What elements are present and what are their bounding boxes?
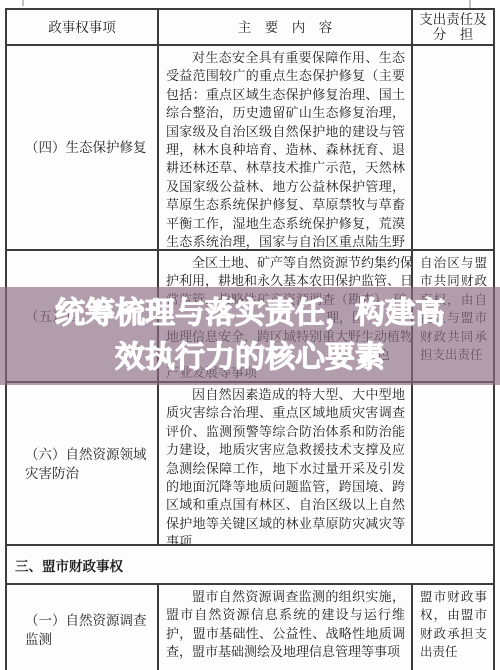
scanned-document-page: 政事权事项 主 要 内 容 支出责任及 分 担 （四）生态保护修复 对生态安全具… <box>0 0 500 670</box>
table-row-survey-monitoring: （一）自然资源调查监测 盟市自然资源调查监测的组织实施，盟市自然资源信息系统的建… <box>7 583 493 670</box>
table-header-row: 政事权事项 主 要 内 容 支出责任及 分 担 <box>7 10 493 44</box>
headline-title-line1: 统筹梳理与落实责任，构建高 <box>55 297 445 330</box>
row-label: （六）自然资源领域灾害防治 <box>25 445 153 483</box>
row-expenditure-cell <box>411 383 493 544</box>
row-expenditure-cell <box>411 46 493 249</box>
row-content: 因自然因素造成的特大型、大中型地质灾害综合治理、重点区域地质灾害调查评价、监测预… <box>166 386 405 544</box>
row-expenditure: 盟市财政事权，由盟市财政承担支出责任 <box>420 590 487 659</box>
scan-artifact <box>22 0 24 6</box>
section-header-row: 三、盟市财政事权 <box>7 544 493 583</box>
header-cell-expenditure: 支出责任及 分 担 <box>411 10 493 44</box>
row-label: （一）自然资源调查监测 <box>25 611 153 649</box>
header-label-expenditure-line2: 分 担 <box>433 27 474 42</box>
table-row-eco-restoration: （四）生态保护修复 对生态安全具有重要保障作用、生态受益范围较广的重点生态保护修… <box>7 44 493 249</box>
row-content: 对生态安全具有重要保障作用、生态受益范围较广的重点生态保护修复（主要包括：重点区… <box>166 49 405 249</box>
row-content-cell: 盟市自然资源调查监测的组织实施，盟市自然资源信息系统的建设与运行维护，盟市基础性… <box>157 585 411 670</box>
row-expenditure-cell: 盟市财政事权，由盟市财政承担支出责任 <box>411 585 493 670</box>
row-label-cell: （六）自然资源领域灾害防治 <box>7 383 157 544</box>
headline-title: 统筹梳理与落实责任，构建高 效执行力的核心要素 <box>48 292 452 380</box>
header-label-main-content: 主 要 内 容 <box>238 20 333 35</box>
header-label-items: 政事权事项 <box>48 20 116 35</box>
header-cell-items: 政事权事项 <box>7 10 157 44</box>
section-header-cell: 三、盟市财政事权 <box>7 546 493 583</box>
row-content-cell: 因自然因素造成的特大型、大中型地质灾害综合治理、重点区域地质灾害调查评价、监测预… <box>157 383 411 544</box>
row-label-cell: （一）自然资源调查监测 <box>7 585 157 670</box>
header-cell-main-content: 主 要 内 容 <box>157 10 411 44</box>
row-label: （四）生态保护修复 <box>25 138 147 157</box>
row-content: 盟市自然资源调查监测的组织实施，盟市自然资源信息系统的建设与运行维护，盟市基础性… <box>166 588 405 662</box>
headline-title-line2: 效执行力的核心要素 <box>115 341 385 374</box>
row-label-cell: （四）生态保护修复 <box>7 46 157 249</box>
content-line: 全区土地、矿产等自然资源节约集约保 <box>166 254 405 272</box>
header-label-expenditure-line1: 支出责任及 <box>419 12 487 27</box>
scan-artifact <box>469 0 471 8</box>
section-header-label: 三、盟市财政事权 <box>15 555 123 575</box>
table-row-disaster-prevention: （六）自然资源领域灾害防治 因自然因素造成的特大型、大中型地质灾害综合治理、重点… <box>7 381 493 544</box>
headline-banner-overlay: 统筹梳理与落实责任，构建高 效执行力的核心要素 <box>0 287 500 385</box>
row-content-cell: 对生态安全具有重要保障作用、生态受益范围较广的重点生态保护修复（主要包括：重点区… <box>157 46 411 249</box>
